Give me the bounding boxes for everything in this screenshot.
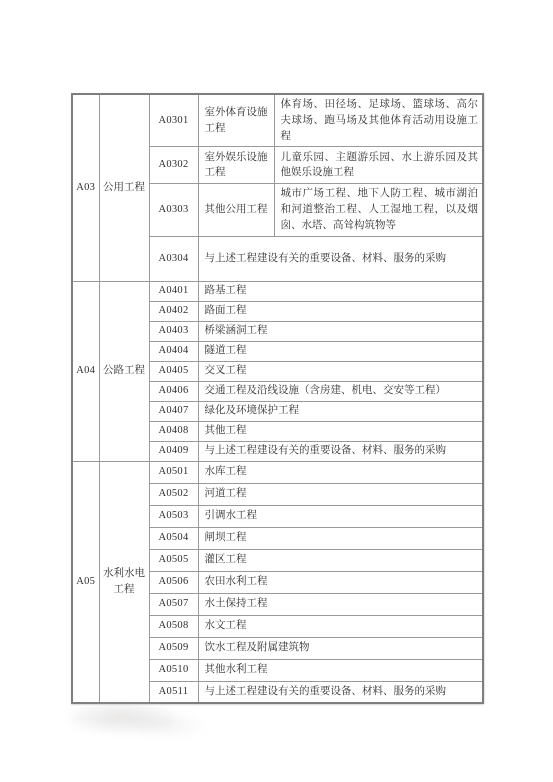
item-code-cell: A0409 bbox=[149, 441, 198, 461]
item-desc-cell: 城市广场工程、地下人防工程、城市湖泊和河道整治工程、人工湿地工程，以及烟囱、水塔… bbox=[274, 184, 483, 236]
item-name-cell: 其他水利工程 bbox=[198, 659, 483, 681]
item-code-cell: A0502 bbox=[149, 483, 198, 505]
classification-table: A03 公用工程 A0301 室外体育设施工程 体育场、田径场、足球场、篮球场、… bbox=[71, 93, 484, 704]
item-code-cell: A0302 bbox=[149, 147, 198, 184]
item-code-cell: A0407 bbox=[149, 401, 198, 421]
item-code-cell: A0303 bbox=[149, 184, 198, 236]
item-name-cell: 路面工程 bbox=[198, 301, 483, 321]
table-row: A03 公用工程 A0301 室外体育设施工程 体育场、田径场、足球场、篮球场、… bbox=[72, 94, 483, 147]
section-code-cell: A04 bbox=[72, 281, 99, 461]
section-name-cell: 水利水电工程 bbox=[99, 461, 149, 703]
item-name-cell: 饮水工程及附属建筑物 bbox=[198, 637, 483, 659]
item-name-cell: 水文工程 bbox=[198, 615, 483, 637]
item-code-cell: A0509 bbox=[149, 637, 198, 659]
item-code-cell: A0504 bbox=[149, 527, 198, 549]
section-name-cell: 公路工程 bbox=[99, 281, 149, 461]
item-name-cell: 河道工程 bbox=[198, 483, 483, 505]
item-name-cell: 与上述工程建设有关的重要设备、材料、服务的采购 bbox=[198, 441, 483, 461]
item-name-cell: 交通工程及沿线设施（含房建、机电、交安等工程） bbox=[198, 381, 483, 401]
item-code-cell: A0301 bbox=[149, 94, 198, 147]
item-name-cell: 引调水工程 bbox=[198, 505, 483, 527]
item-code-cell: A0503 bbox=[149, 505, 198, 527]
item-name-cell: 农田水利工程 bbox=[198, 571, 483, 593]
item-code-cell: A0510 bbox=[149, 659, 198, 681]
table-row: A05 水利水电工程 A0501 水库工程 bbox=[72, 461, 483, 483]
item-name-cell: 绿化及环境保护工程 bbox=[198, 401, 483, 421]
item-code-cell: A0408 bbox=[149, 421, 198, 441]
document-page: A03 公用工程 A0301 室外体育设施工程 体育场、田径场、足球场、篮球场、… bbox=[0, 0, 553, 782]
item-code-cell: A0508 bbox=[149, 615, 198, 637]
item-name-cell: 桥梁涵洞工程 bbox=[198, 321, 483, 341]
item-code-cell: A0401 bbox=[149, 281, 198, 301]
item-code-cell: A0405 bbox=[149, 361, 198, 381]
item-name-cell: 与上述工程建设有关的重要设备、材料、服务的采购 bbox=[198, 681, 483, 703]
item-name-cell: 水土保持工程 bbox=[198, 593, 483, 615]
item-code-cell: A0505 bbox=[149, 549, 198, 571]
item-desc-cell: 体育场、田径场、足球场、篮球场、高尔夫球场、跑马场及其他体育活动用设施工程 bbox=[274, 94, 483, 147]
item-name-cell: 室外体育设施工程 bbox=[198, 94, 274, 147]
item-name-cell: 与上述工程建设有关的重要设备、材料、服务的采购 bbox=[198, 236, 483, 281]
item-name-cell: 隧道工程 bbox=[198, 341, 483, 361]
item-code-cell: A0511 bbox=[149, 681, 198, 703]
item-name-cell: 其他公用工程 bbox=[198, 184, 274, 236]
section-code-cell: A03 bbox=[72, 94, 99, 281]
item-name-cell: 交叉工程 bbox=[198, 361, 483, 381]
item-name-cell: 水库工程 bbox=[198, 461, 483, 483]
item-code-cell: A0507 bbox=[149, 593, 198, 615]
item-name-cell: 其他工程 bbox=[198, 421, 483, 441]
item-desc-cell: 儿童乐园、主题游乐园、水上游乐园及其他娱乐设施工程 bbox=[274, 147, 483, 184]
item-code-cell: A0403 bbox=[149, 321, 198, 341]
item-name-cell: 灌区工程 bbox=[198, 549, 483, 571]
table-row: A04 公路工程 A0401 路基工程 bbox=[72, 281, 483, 301]
item-code-cell: A0404 bbox=[149, 341, 198, 361]
item-code-cell: A0402 bbox=[149, 301, 198, 321]
section-name-cell: 公用工程 bbox=[99, 94, 149, 281]
section-code-cell: A05 bbox=[72, 461, 99, 703]
item-code-cell: A0501 bbox=[149, 461, 198, 483]
item-name-cell: 路基工程 bbox=[198, 281, 483, 301]
item-code-cell: A0406 bbox=[149, 381, 198, 401]
item-code-cell: A0506 bbox=[149, 571, 198, 593]
item-code-cell: A0304 bbox=[149, 236, 198, 281]
item-name-cell: 室外娱乐设施工程 bbox=[198, 147, 274, 184]
item-name-cell: 闸坝工程 bbox=[198, 527, 483, 549]
